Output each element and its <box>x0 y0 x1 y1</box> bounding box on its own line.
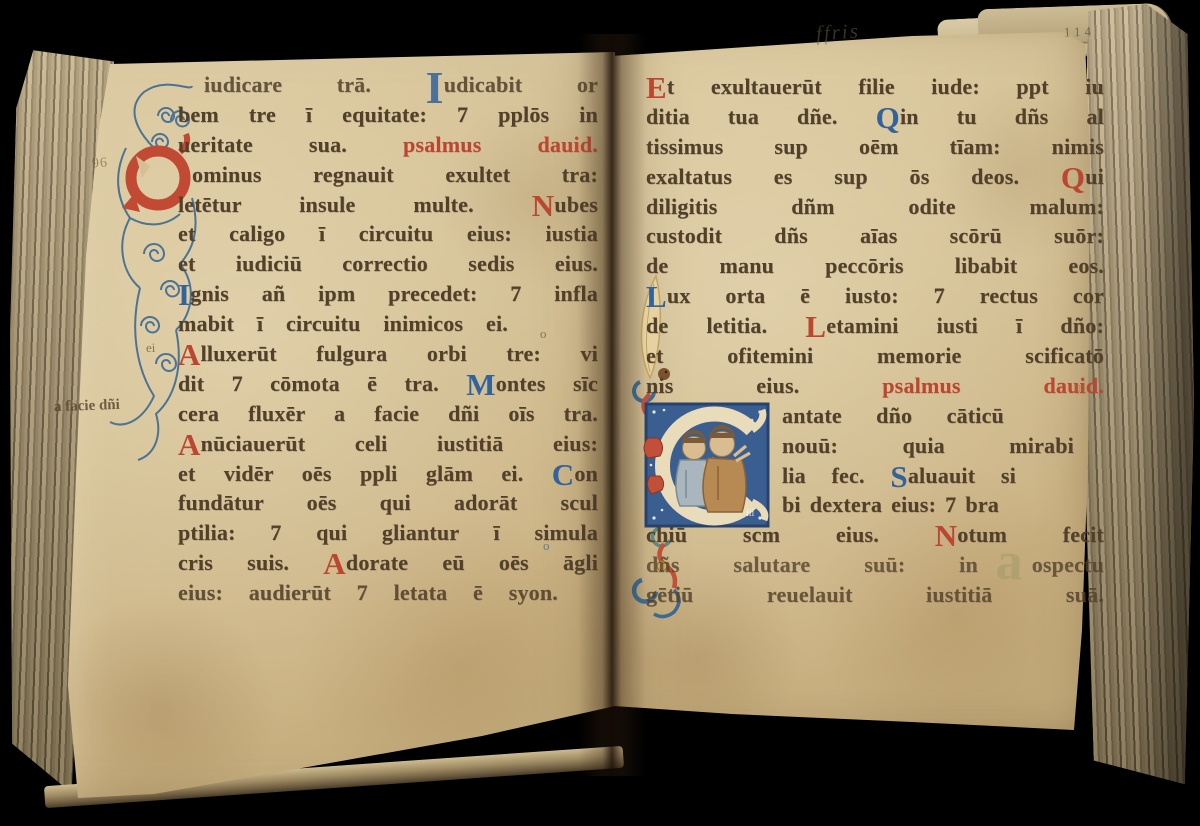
versal-initial: E <box>646 70 667 105</box>
text-span: on <box>574 461 598 486</box>
versal-initial: I <box>426 62 444 113</box>
text-line: tissimus sup oēm tīam: nimis <box>646 132 1104 162</box>
rubric-text: psalmus dauid. <box>403 132 598 157</box>
text-line: ueritate sua. psalmus dauid. <box>178 130 598 160</box>
offset-letter-mark: a <box>994 529 1024 592</box>
rubric-text: psalmus dauid. <box>882 373 1104 398</box>
versal-initial: Q <box>876 100 900 135</box>
text-span: et caligo ī circuitu eius: iustia <box>178 221 598 246</box>
versal-initial: L <box>646 279 667 314</box>
text-line: et caligo ī circuitu eius: iustia <box>178 219 598 249</box>
text-line: nouū: quia mirabi <box>646 431 1104 461</box>
versal-initial: L <box>805 309 826 344</box>
text-line: chiū scm eius. Notum fecit <box>646 520 1104 550</box>
text-line: Anūciauerūt celi iustitiā eius: <box>178 429 598 459</box>
text-span: otum fecit <box>957 522 1104 547</box>
text-line: Ignis añ ipm precedet: 7 infla <box>178 279 598 309</box>
versal-initial: N <box>935 518 958 553</box>
text-span: et iudiciū correctio sedis eius. <box>178 251 598 276</box>
text-span: gnis añ ipm precedet: 7 infla <box>190 281 598 306</box>
versal-initial: I <box>178 277 190 312</box>
versal-initial: M <box>466 367 495 402</box>
text-line: de letitia. Letamini iusti ī dño: <box>646 311 1104 341</box>
text-span: letētur insule multe. <box>178 192 532 217</box>
text-span: de letitia. <box>646 313 805 338</box>
text-span: iudicare trā. <box>204 72 426 97</box>
text-line: cera fluxēr a facie dñi oīs tra. <box>178 399 598 429</box>
text-span: in tu dñs al <box>900 104 1104 129</box>
text-line: et ofitemini memorie scificatō <box>646 341 1104 371</box>
text-span: dñs salutare suū: in ospectu <box>646 552 1104 577</box>
versal-initial: Q <box>1061 160 1085 195</box>
text-span: bem tre ī equitate: 7 pplōs in <box>178 102 598 127</box>
margin-mark: o <box>543 538 550 554</box>
text-span: cera fluxēr a facie dñi oīs tra. <box>178 401 598 426</box>
text-span: ubes <box>554 192 598 217</box>
text-line: et vidēr oēs ppli glām ei. Con <box>178 459 598 489</box>
text-span: dit 7 cōmota ē tra. <box>178 371 466 396</box>
text-span: nūciauerūt celi iustitiā eius: <box>201 431 598 456</box>
text-line: dit 7 cōmota ē tra. Montes sīc <box>178 369 598 399</box>
text-span: t exultauerūt filie iude: ppt iu <box>667 74 1104 99</box>
text-line: ominus regnauit exultet tra: <box>178 160 598 190</box>
versal-initial: A <box>323 546 346 581</box>
text-span: eius: audierūt 7 letata ē syon. <box>178 580 558 605</box>
text-line: dñs salutare suū: in ospectu <box>646 550 1104 580</box>
text-line: cris suis. Adorate eū oēs āgli <box>178 548 598 578</box>
right-text-column: Et exultauerūt filie iude: ppt iuditia t… <box>646 72 1104 610</box>
text-span: dorate eū oēs āgli <box>346 550 598 575</box>
marginal-inscription: ffris <box>815 19 860 47</box>
text-span: ueritate sua. <box>178 132 403 157</box>
text-span: aluauit si <box>908 463 1016 488</box>
text-line: fundātur oēs qui adorāt scul <box>178 488 598 518</box>
text-span: de manu peccōris libabit eos. <box>646 253 1104 278</box>
text-line: ptilia: 7 qui gliantur ī simula <box>178 518 598 548</box>
text-line: eius: audierūt 7 letata ē syon. <box>178 578 598 608</box>
text-line: lia fec. Saluauit si <box>646 461 1104 491</box>
text-span: udicabit or <box>444 72 598 97</box>
margin-psalm-number: 96 <box>91 155 108 172</box>
text-span: mabit ī circuitu inimicos ei. <box>178 311 508 336</box>
text-line: custodit dñs aīas scōrū suōr: <box>646 221 1104 251</box>
text-span: ui <box>1085 164 1104 189</box>
versal-initial: C <box>552 457 575 492</box>
text-line: bem tre ī equitate: 7 pplōs in <box>178 100 598 130</box>
margin-mark: o <box>540 326 547 342</box>
versal-initial: N <box>532 188 555 223</box>
text-span: et ofitemini memorie scificatō <box>646 343 1104 368</box>
text-line: Et exultauerūt filie iude: ppt iu <box>646 72 1104 102</box>
versal-initial: A <box>178 427 201 462</box>
text-span: gētiū reuelauit iustitiā suā. <box>646 582 1104 607</box>
text-span: ontes sīc <box>496 371 598 396</box>
manuscript-photo: iii iudicare trā. Iudicabit orbem tre ī … <box>0 0 1200 826</box>
margin-note: a facie dñi <box>54 397 120 416</box>
left-text-column: iudicare trā. Iudicabit orbem tre ī equi… <box>178 70 598 608</box>
text-span: nouū: quia mirabi <box>782 433 1074 458</box>
text-span: lia fec. <box>782 463 890 488</box>
text-span: ux orta ē iusto: 7 rectus cor <box>667 283 1104 308</box>
text-line: Lux orta ē iusto: 7 rectus cor <box>646 281 1104 311</box>
text-span: custodit dñs aīas scōrū suōr: <box>646 223 1104 248</box>
text-span: ptilia: 7 qui gliantur ī simula <box>178 520 598 545</box>
text-span: exaltatus es sup ōs deos. <box>646 164 1061 189</box>
margin-note: ei <box>146 340 155 356</box>
text-line: ditia tua dñe. Qin tu dñs al <box>646 102 1104 132</box>
text-span: etamini iusti ī dño: <box>826 313 1104 338</box>
versal-initial: A <box>178 337 201 372</box>
text-line: diligitis dñm odite malum: <box>646 192 1104 222</box>
text-span: diligitis dñm odite malum: <box>646 194 1104 219</box>
text-span: antate dño cāticū <box>782 403 1004 428</box>
text-line: gētiū reuelauit iustitiā suā. <box>646 580 1104 610</box>
text-span: cris suis. <box>178 550 323 575</box>
text-span: fundātur oēs qui adorāt scul <box>178 490 598 515</box>
text-span: ditia tua dñe. <box>646 104 876 129</box>
text-line: letētur insule multe. Nubes <box>178 190 598 220</box>
text-span: ominus regnauit exultet tra: <box>192 162 598 187</box>
text-line: antate dño cāticū <box>646 401 1104 431</box>
text-line: de manu peccōris libabit eos. <box>646 251 1104 281</box>
text-span: chiū scm eius. <box>646 522 935 547</box>
text-line: iudicare trā. Iudicabit or <box>178 70 598 100</box>
text-line: Alluxerūt fulgura orbi tre: vi <box>178 339 598 369</box>
text-span: tissimus sup oēm tīam: nimis <box>646 134 1104 159</box>
folio-number: 114 <box>1064 23 1096 40</box>
text-line: nis eius. psalmus dauid. <box>646 371 1104 401</box>
text-span: nis eius. <box>646 373 882 398</box>
versal-initial: S <box>890 459 907 494</box>
text-span: lluxerūt fulgura orbi tre: vi <box>201 341 598 366</box>
text-span: et vidēr oēs ppli glām ei. <box>178 461 552 486</box>
text-span: bi dextera eius: 7 bra <box>782 492 999 517</box>
text-line: et iudiciū correctio sedis eius. <box>178 249 598 279</box>
text-line: exaltatus es sup ōs deos. Qui <box>646 162 1104 192</box>
text-line: bi dextera eius: 7 bra <box>646 490 1104 520</box>
text-line: mabit ī circuitu inimicos ei. <box>178 309 598 339</box>
margin-mark: m <box>1073 379 1086 397</box>
